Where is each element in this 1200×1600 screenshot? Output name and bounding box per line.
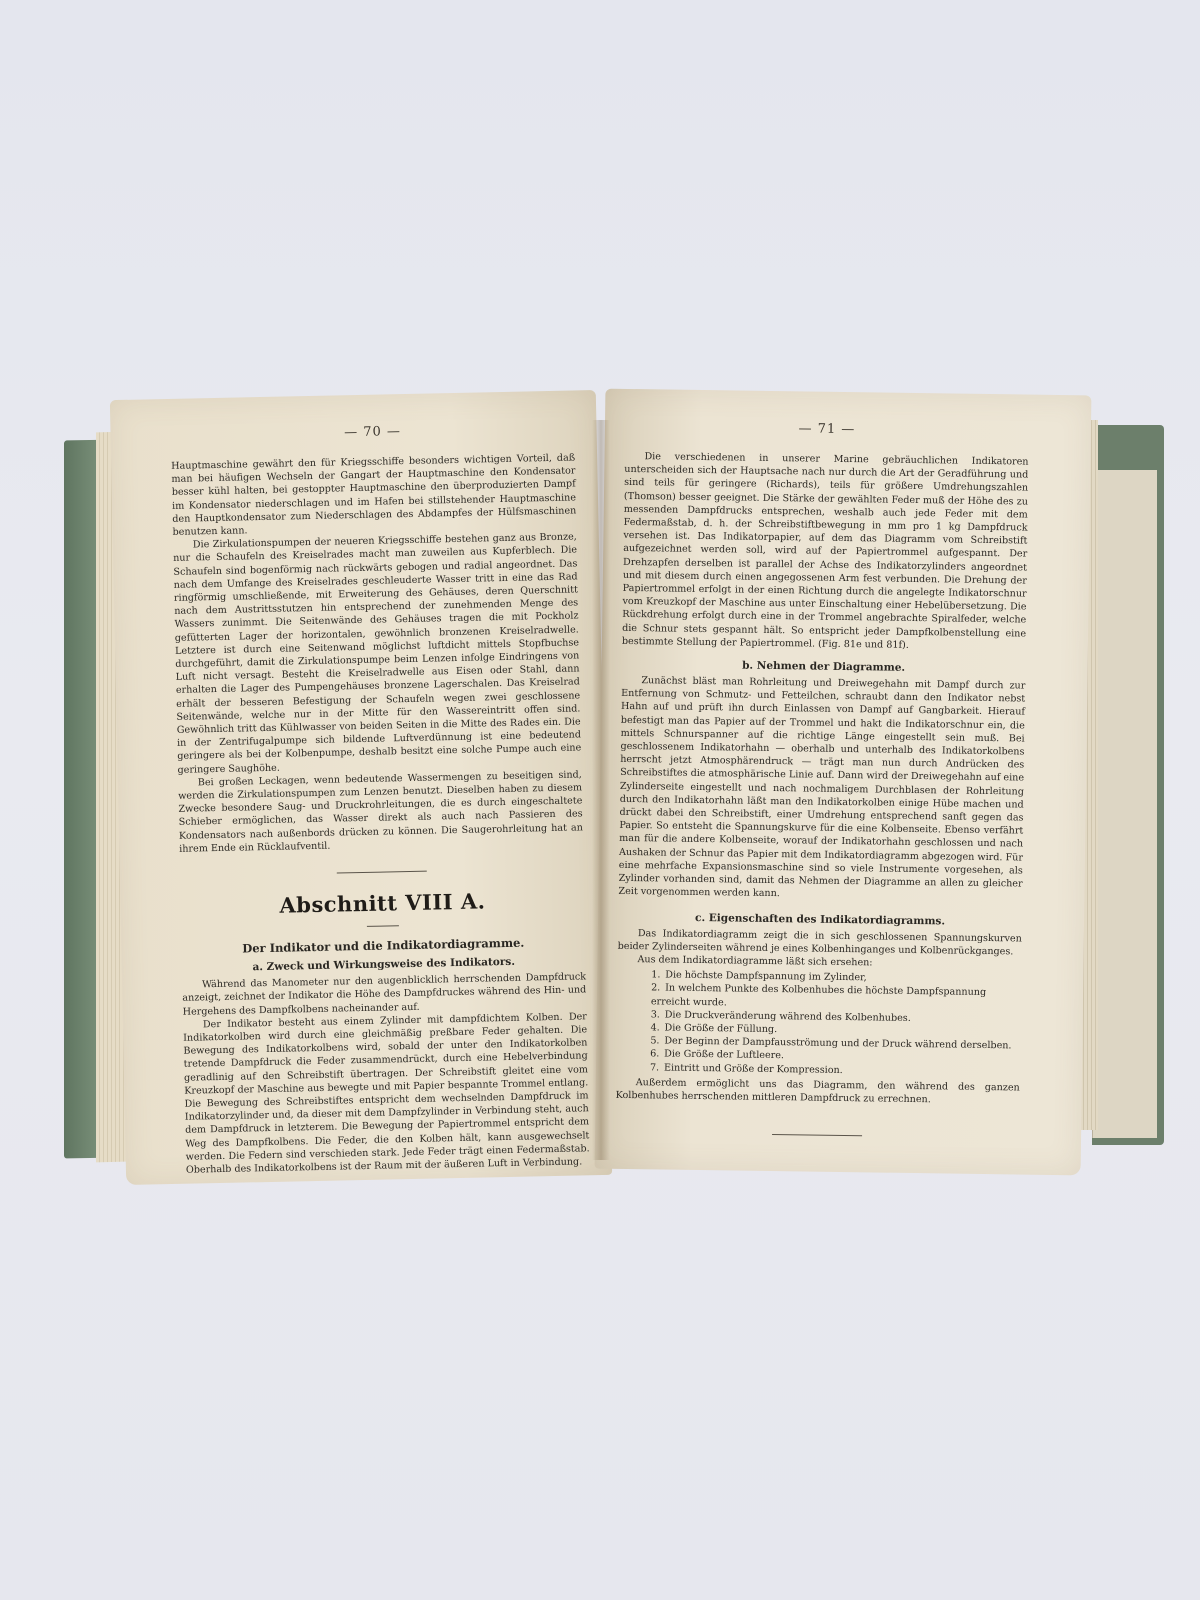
list-number: 6. xyxy=(650,1048,664,1061)
subsection-title-b: b. Nehmen der Diagramme. xyxy=(622,658,1026,676)
book-gutter xyxy=(592,420,610,1160)
paragraph: Der Indikator besteht aus einem Zylinder… xyxy=(183,1010,590,1177)
paragraph: Bei großen Leckagen, wenn bedeutende Was… xyxy=(178,768,584,856)
paragraph: Die verschiedenen in unserer Marine gebr… xyxy=(622,450,1029,654)
right-page: — 71 — Die verschiedenen in unserer Mari… xyxy=(595,389,1092,1176)
paragraph: Hauptmaschine gewährt den für Kriegsschi… xyxy=(171,451,577,539)
list-text: Die Größe der Füllung. xyxy=(664,1022,777,1035)
list-number: 4. xyxy=(650,1021,664,1034)
paragraph: Zunächst bläst man Rohrleitung und Dreiw… xyxy=(618,674,1025,904)
divider-rule xyxy=(772,1134,862,1136)
book-cover-right-inner xyxy=(1092,470,1157,1138)
list-number: 3. xyxy=(651,1008,665,1021)
list-number: 7. xyxy=(650,1061,664,1074)
page-number-right: — 71 — xyxy=(625,419,1029,440)
list-text: In welchem Punkte des Kolbenhubes die hö… xyxy=(651,983,986,1008)
subsection-title-c: c. Eigenschaften des Indikatordiagramms. xyxy=(618,910,1022,928)
chapter-title: Der Indikator und die Indikatordiagramme… xyxy=(181,934,585,956)
left-page: — 70 — Hauptmaschine gewährt den für Kri… xyxy=(110,390,612,1185)
section-title: Abschnitt VIII A. xyxy=(180,886,584,919)
list-text: Die Größe der Luftleere. xyxy=(664,1049,784,1062)
paragraph: Die Zirkulationspumpen der neueren Krieg… xyxy=(173,531,582,777)
list-number: 2. xyxy=(651,982,665,995)
list-number: 1. xyxy=(651,968,665,981)
properties-list: 1.Die höchste Dampfspannung im Zylinder,… xyxy=(650,968,1021,1079)
list-number: 5. xyxy=(650,1034,664,1047)
page-number-left: — 70 — xyxy=(170,420,574,443)
list-text: Eintritt und Größe der Kompression. xyxy=(664,1062,843,1075)
closing-paragraph: Außerdem ermöglicht uns das Diagramm, de… xyxy=(616,1076,1020,1108)
divider-rule-short xyxy=(367,925,399,927)
divider-rule xyxy=(337,871,427,874)
